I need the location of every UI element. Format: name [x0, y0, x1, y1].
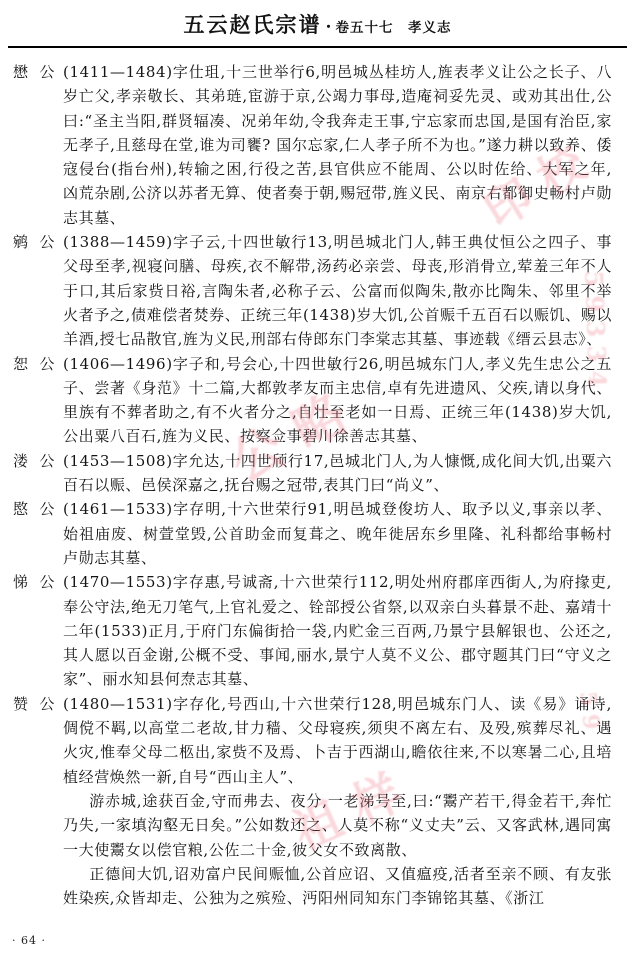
entry-biography-text: (1480—1531)字存化,号西山,十六世荣行128,明邑城东门人、读《易》诵…	[63, 692, 612, 789]
entry-biography-text: (1461—1533)字存明,十六世荣行91,明邑城登俊坊人、取予以义,事亲以孝…	[63, 497, 612, 570]
person-name-char: 鹓	[13, 230, 29, 254]
person-name: 愍 公	[13, 497, 55, 521]
page-number: · 64 ·	[12, 934, 46, 947]
entry-biography-text: (1406—1496)字子和,号会心,十四世敏行26,明邑城东门人,孝义先生忠公…	[63, 352, 612, 449]
person-name-char: 懋	[13, 60, 29, 84]
person-honorific: 公	[39, 60, 55, 84]
title-separator-dot: ・	[322, 20, 336, 36]
entry-biography-text: (1453—1508)字允达,十四世颀行17,邑城北门人,为人慷慨,成化间大饥,…	[63, 449, 612, 498]
person-honorific: 公	[39, 692, 55, 716]
continuation-paragraph: 游赤城,途获百金,守而弗去、夜分,一老涕号至,曰:“鬻产若干,得金若干,奔忙乃失…	[63, 789, 612, 862]
person-name: 恕 公	[13, 352, 55, 376]
entry-row-shu: 恕 公 (1406—1496)字子和,号会心,十四世敏行26,明邑城东门人,孝义…	[13, 352, 612, 449]
person-name-char: 悌	[13, 570, 29, 594]
person-name: 鹓 公	[13, 230, 55, 254]
person-name: 溇 公	[13, 449, 55, 473]
entry-row-lou: 溇 公 (1453—1508)字允达,十四世颀行17,邑城北门人,为人慷慨,成化…	[13, 449, 612, 498]
person-honorific: 公	[39, 570, 55, 594]
entry-row-mao: 懋 公 (1411—1484)字仕珇,十三世举行6,明邑城丛桂坊人,旌表孝义让公…	[13, 60, 612, 230]
page-body: 懋 公 (1411—1484)字仕珇,十三世举行6,明邑城丛桂坊人,旌表孝义让公…	[0, 48, 635, 910]
person-name-char: 溇	[13, 449, 29, 473]
continuation-paragraph: 正德间大饥,诏劝富户民间赈恤,公首应诏、又值瘟疫,活者至亲不顾、有友张姓染疾,众…	[63, 862, 612, 911]
entry-biography-text: (1470—1553)字存惠,号诚斋,十六世荣行112,明处州府郡庠西街人,为府…	[63, 570, 612, 691]
entry-biography-text: (1388—1459)字子云,十四世敏行13,明邑城北门人,韩王典仗恒公之四子、…	[63, 230, 612, 351]
person-name: 赞 公	[13, 692, 55, 716]
person-name-char: 愍	[13, 497, 29, 521]
person-honorific: 公	[39, 352, 55, 376]
person-name-char: 恕	[13, 352, 29, 376]
person-name-char: 赞	[13, 692, 29, 716]
entry-row-yuan: 鹓 公 (1388—1459)字子云,十四世敏行13,明邑城北门人,韩王典仗恒公…	[13, 230, 612, 351]
person-honorific: 公	[39, 230, 55, 254]
person-honorific: 公	[39, 497, 55, 521]
person-name: 悌 公	[13, 570, 55, 594]
person-name: 懋 公	[13, 60, 55, 84]
volume-subtitle: 卷五十七 孝义志	[336, 20, 452, 36]
genealogy-title: 五云赵氏宗谱	[184, 12, 322, 37]
entry-row-min: 愍 公 (1461—1533)字存明,十六世荣行91,明邑城登俊坊人、取予以义,…	[13, 497, 612, 570]
entry-row-zan: 赞 公 (1480—1531)字存化,号西山,十六世荣行128,明邑城东门人、读…	[13, 692, 612, 789]
entry-biography-text: (1411—1484)字仕珇,十三世举行6,明邑城丛桂坊人,旌表孝义让公之长子、…	[63, 60, 612, 230]
person-honorific: 公	[39, 449, 55, 473]
page-header: 五云赵氏宗谱・卷五十七 孝义志	[0, 0, 635, 39]
entry-row-ti: 悌 公 (1470—1553)字存惠,号诚斋,十六世荣行112,明处州府郡庠西街…	[13, 570, 612, 691]
